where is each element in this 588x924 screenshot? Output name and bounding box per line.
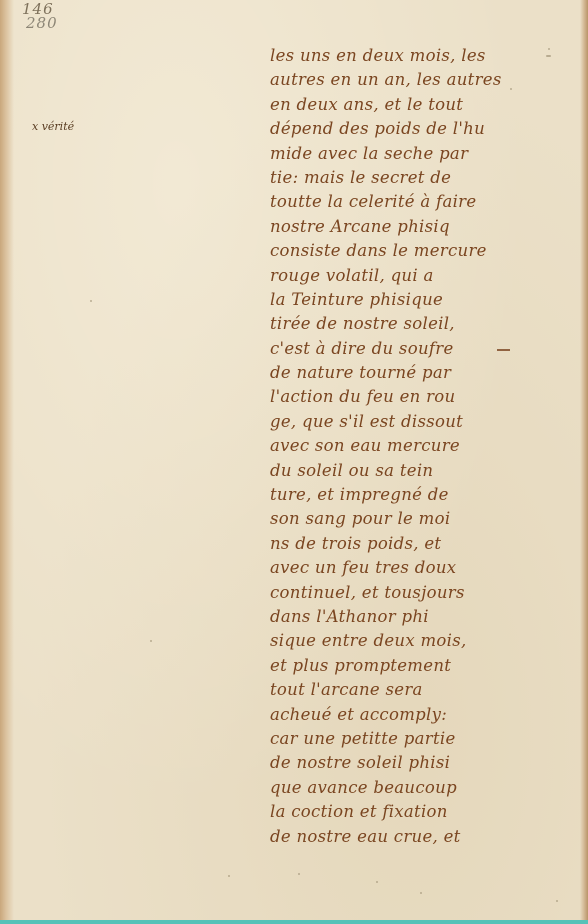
text-line: c'est à dire du soufre: [270, 337, 520, 361]
text-line: consiste dans le mercure: [270, 239, 520, 263]
text-line: et plus promptement: [270, 654, 520, 678]
folio-old: 280: [22, 16, 58, 30]
paper-speck: [510, 88, 512, 90]
text-line: dépend des poids de l'hu: [270, 117, 520, 141]
text-line: la coction et fixation: [270, 800, 520, 824]
text-line: avec un feu tres doux: [270, 556, 520, 580]
text-line: dans l'Athanor phi: [270, 605, 520, 629]
handwritten-text-block: les uns en deux mois, les autres en un a…: [270, 44, 520, 849]
paper-speck: [546, 55, 551, 57]
text-line: ge, que s'il est dissout: [270, 410, 520, 434]
viewer-bottom-bar: [0, 920, 588, 924]
text-line: sique entre deux mois,: [270, 629, 520, 653]
text-line: que avance beaucoup: [270, 776, 520, 800]
text-line: son sang pour le moi: [270, 507, 520, 531]
page-binding-edge: [0, 0, 14, 920]
text-line: acheué et accomply:: [270, 703, 520, 727]
paper-speck: [548, 48, 550, 50]
text-line: toutte la celerité à faire: [270, 190, 520, 214]
paper-speck: [298, 873, 300, 875]
text-line: car une petitte partie: [270, 727, 520, 751]
paper-speck: [90, 300, 92, 302]
paper-speck: [376, 881, 378, 883]
manuscript-page: 146 280 x vérité les uns en deux mois, l…: [0, 0, 588, 920]
folio-number: 146 280: [22, 2, 58, 30]
text-line: tie: mais le secret de: [270, 166, 520, 190]
text-line: continuel, et tousjours: [270, 581, 520, 605]
text-line: ns de trois poids, et: [270, 532, 520, 556]
paper-speck: [420, 892, 422, 894]
text-line: de nature tourné par: [270, 361, 520, 385]
text-line: la Teinture phisique: [270, 288, 520, 312]
paper-speck: [228, 875, 230, 877]
paper-speck: [556, 900, 558, 902]
hyphen-mark: [497, 349, 510, 351]
text-line: autres en un an, les autres: [270, 68, 520, 92]
text-line: tout l'arcane sera: [270, 678, 520, 702]
text-line: du soleil ou sa tein: [270, 459, 520, 483]
text-line: ture, et impregné de: [270, 483, 520, 507]
text-line: mide avec la seche par: [270, 142, 520, 166]
paper-speck: [150, 640, 152, 642]
text-line: de nostre eau crue, et: [270, 825, 520, 849]
text-line: en deux ans, et le tout: [270, 93, 520, 117]
text-line: tirée de nostre soleil,: [270, 312, 520, 336]
text-line: avec son eau mercure: [270, 434, 520, 458]
text-line: les uns en deux mois, les: [270, 44, 520, 68]
page-fore-edge: [580, 0, 588, 920]
margin-note: x vérité: [32, 120, 74, 133]
text-line: rouge volatil, qui a: [270, 264, 520, 288]
text-line: de nostre soleil phisi: [270, 751, 520, 775]
text-line: l'action du feu en rou: [270, 385, 520, 409]
text-line: nostre Arcane phisiq: [270, 215, 520, 239]
